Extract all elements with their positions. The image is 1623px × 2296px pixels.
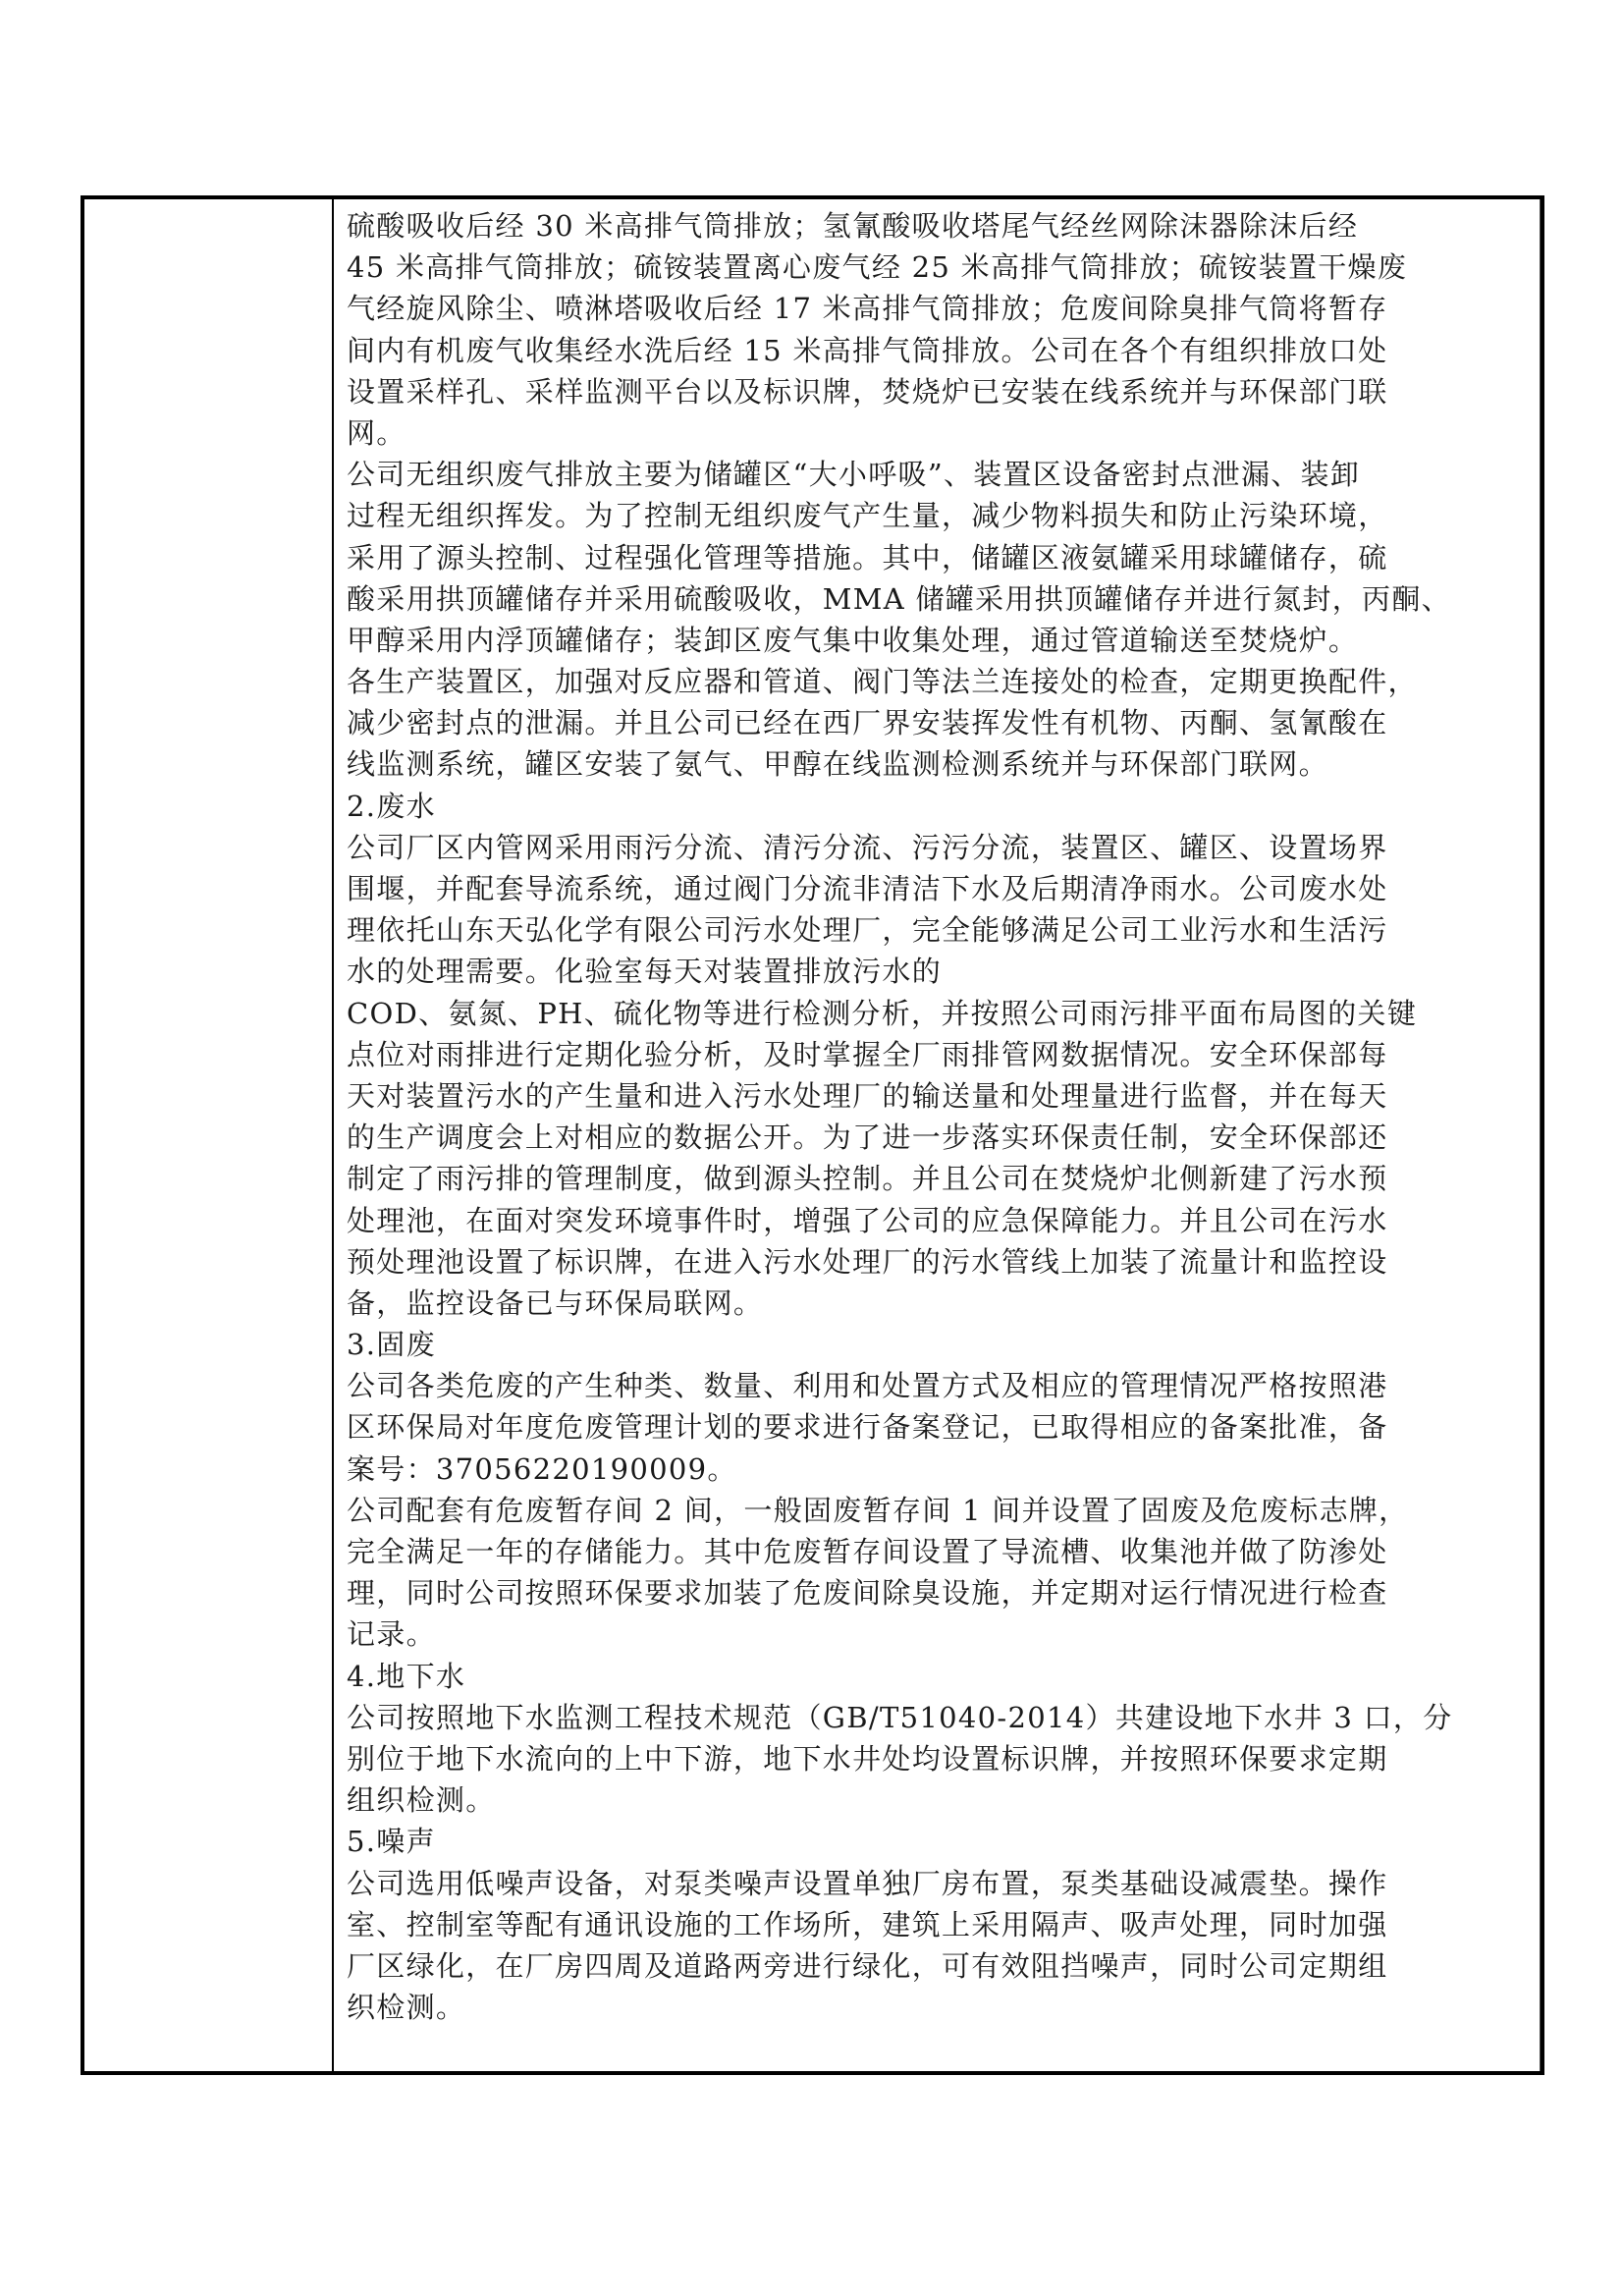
text-line: 理，同时公司按照环保要求加装了危废间除臭设施，并定期对运行情况进行检查 — [347, 1572, 1505, 1613]
text-line: 区环保局对年度危废管理计划的要求进行备案登记，已取得相应的备案批准，备 — [347, 1406, 1505, 1448]
text-line: 间内有机废气收集经水洗后经 15 米高排气筒排放。公司在各个有组织排放口处 — [347, 330, 1505, 371]
text-line: 完全满足一年的存储能力。其中危废暂存间设置了导流槽、收集池并做了防渗处 — [347, 1531, 1505, 1572]
text-line: 的生产调度会上对相应的数据公开。为了进一步落实环保责任制，安全环保部还 — [347, 1117, 1505, 1158]
text-line: 制定了雨污排的管理制度，做到源头控制。并且公司在焚烧炉北侧新建了污水预 — [347, 1158, 1505, 1199]
text-line: 记录。 — [347, 1613, 1505, 1655]
text-line: 甲醇采用内浮顶罐储存；装卸区废气集中收集处理，通过管道输送至焚烧炉。 — [347, 620, 1505, 661]
text-line: 公司配套有危废暂存间 2 间，一般固废暂存间 1 间并设置了固废及危废标志牌， — [347, 1490, 1505, 1531]
text-line: 水的处理需要。化验室每天对装置排放污水的 — [347, 951, 1505, 992]
text-line: 公司厂区内管网采用雨污分流、清污分流、污污分流，装置区、罐区、设置场界 — [347, 827, 1505, 868]
text-line: 气经旋风除尘、喷淋塔吸收后经 17 米高排气筒排放；危废间除臭排气筒将暂存 — [347, 288, 1505, 329]
text-line: 线监测系统，罐区安装了氨气、甲醇在线监测检测系统并与环保部门联网。 — [347, 743, 1505, 785]
text-line: 公司无组织废气排放主要为储罐区“大小呼吸”、装置区设备密封点泄漏、装卸 — [347, 454, 1505, 495]
text-line: 采用了源头控制、过程强化管理等措施。其中，储罐区液氨罐采用球罐储存，硫 — [347, 537, 1505, 578]
text-line: 厂区绿化，在厂房四周及道路两旁进行绿化，可有效阻挡噪声，同时公司定期组 — [347, 1945, 1505, 1987]
text-line: 公司按照地下水监测工程技术规范（GB/T51040-2014）共建设地下水井 3… — [347, 1697, 1505, 1738]
section-heading-groundwater: 4.地下水 — [347, 1656, 1505, 1697]
text-line: 各生产装置区，加强对反应器和管道、阀门等法兰连接处的检查，定期更换配件， — [347, 661, 1505, 702]
text-line: 天对装置污水的产生量和进入污水处理厂的输送量和处理量进行监督，并在每天 — [347, 1075, 1505, 1117]
text-line: 过程无组织挥发。为了控制无组织废气产生量，减少物料损失和防止污染环境， — [347, 495, 1505, 536]
text-line: 织检测。 — [347, 1987, 1505, 2028]
text-line: 公司各类危废的产生种类、数量、利用和处置方式及相应的管理情况严格按照港 — [347, 1365, 1505, 1406]
text-line: 硫酸吸收后经 30 米高排气筒排放；氢氰酸吸收塔尾气经丝网除沫器除沫后经 — [347, 205, 1505, 246]
text-line: 处理池，在面对突发环境事件时，增强了公司的应急保障能力。并且公司在污水 — [347, 1200, 1505, 1241]
content-text-block: 硫酸吸收后经 30 米高排气筒排放；氢氰酸吸收塔尾气经丝网除沫器除沫后经 45 … — [347, 205, 1505, 2028]
section-heading-noise: 5.噪声 — [347, 1821, 1505, 1862]
text-line: 点位对雨排进行定期化验分析，及时掌握全厂雨排管网数据情况。安全环保部每 — [347, 1034, 1505, 1075]
text-line: COD、氨氮、PH、硫化物等进行检测分析，并按照公司雨污排平面布局图的关键 — [347, 993, 1505, 1034]
text-line: 预处理池设置了标识牌，在进入污水处理厂的污水管线上加装了流量计和监控设 — [347, 1241, 1505, 1283]
table-content-cell: 硫酸吸收后经 30 米高排气筒排放；氢氰酸吸收塔尾气经丝网除沫器除沫后经 45 … — [334, 199, 1541, 2071]
text-line: 理依托山东天弘化学有限公司污水处理厂，完全能够满足公司工业污水和生活污 — [347, 909, 1505, 951]
text-line: 别位于地下水流向的上中下游，地下水井处均设置标识牌，并按照环保要求定期 — [347, 1738, 1505, 1779]
text-line: 组织检测。 — [347, 1779, 1505, 1821]
text-line: 案号：37056220190009。 — [347, 1449, 1505, 1490]
document-table: 硫酸吸收后经 30 米高排气筒排放；氢氰酸吸收塔尾气经丝网除沫器除沫后经 45 … — [81, 195, 1544, 2075]
text-line: 减少密封点的泄漏。并且公司已经在西厂界安装挥发性有机物、丙酮、氢氰酸在 — [347, 702, 1505, 743]
section-heading-wastewater: 2.废水 — [347, 786, 1505, 827]
text-line: 备，监控设备已与环保局联网。 — [347, 1283, 1505, 1324]
text-line: 室、控制室等配有通讯设施的工作场所，建筑上采用隔声、吸声处理，同时加强 — [347, 1904, 1505, 1945]
table-label-cell — [84, 199, 334, 2071]
text-line: 网。 — [347, 412, 1505, 454]
text-line: 45 米高排气筒排放；硫铵装置离心废气经 25 米高排气筒排放；硫铵装置干燥废 — [347, 246, 1505, 288]
text-line: 围堰，并配套导流系统，通过阀门分流非清洁下水及后期清净雨水。公司废水处 — [347, 868, 1505, 909]
text-line: 设置采样孔、采样监测平台以及标识牌，焚烧炉已安装在线系统并与环保部门联 — [347, 371, 1505, 412]
text-line: 酸采用拱顶罐储存并采用硫酸吸收，MMA 储罐采用拱顶罐储存并进行氮封，丙酮、 — [347, 578, 1505, 620]
section-heading-solid-waste: 3.固废 — [347, 1324, 1505, 1365]
text-line: 公司选用低噪声设备，对泵类噪声设置单独厂房布置，泵类基础设减震垫。操作 — [347, 1863, 1505, 1904]
